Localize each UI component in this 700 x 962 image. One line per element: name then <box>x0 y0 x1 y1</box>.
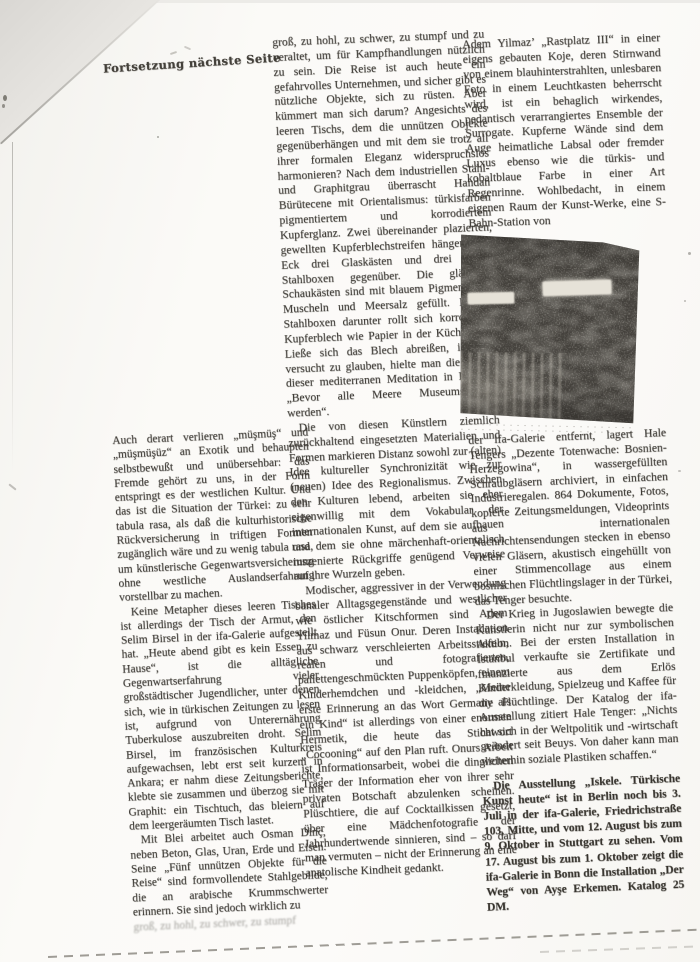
scan-speck <box>3 95 7 101</box>
scan-speck <box>8 483 16 490</box>
page-bottom-edge-dashed-line <box>540 945 700 953</box>
paragraph: der ifa-Galerie entfernt, lagert Hale Te… <box>468 426 673 609</box>
paragraph: Adem Yilmaz’ „Rastplatz III“ in einer ei… <box>462 31 667 232</box>
exhibition-info-paragraph: Die Ausstellung „Iskele. Türkische Kunst… <box>482 770 685 915</box>
paragraph: Auch derart verlieren „müşmüş“ und „müşm… <box>112 425 315 605</box>
faint-pen-mark <box>184 46 191 51</box>
paragraph: Mit Blei arbeitet auch Osman Dinç, neben… <box>129 825 329 919</box>
scanned-newspaper-page: Fortsetzung nächste Seite Auch derart ve… <box>0 0 700 962</box>
scan-speck <box>157 136 159 138</box>
page-left-edge-line <box>12 142 13 472</box>
scan-speck <box>2 104 5 108</box>
paragraph: Keine Metapher dieses leeren Tisches ist… <box>119 597 325 834</box>
scan-speck <box>688 252 691 255</box>
article-column-3-above-photo: Adem Yilmaz’ „Rastplatz III“ in einer ei… <box>462 31 667 232</box>
faint-pen-mark <box>170 51 177 55</box>
scan-speck <box>684 300 686 302</box>
continuation-note: Fortsetzung nächste Seite <box>103 50 281 75</box>
article-photo <box>457 231 642 426</box>
article-column-3-below-photo: der ifa-Galerie entfernt, lagert Hale Te… <box>468 426 685 915</box>
scan-speck <box>678 470 681 472</box>
photo-vignette <box>457 231 642 426</box>
paragraph: Der Krieg in Jugoslawien bewegte die Kün… <box>475 601 679 769</box>
